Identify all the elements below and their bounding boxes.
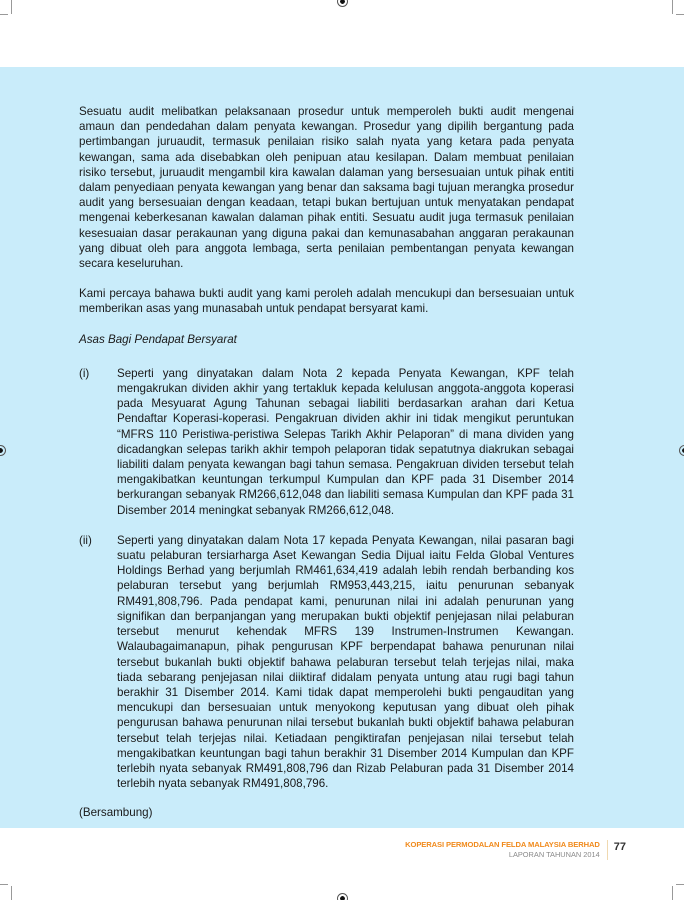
page-footer: KOPERASI PERMODALAN FELDA MALAYSIA BERHA… (405, 840, 626, 860)
organization-name: KOPERASI PERMODALAN FELDA MALAYSIA BERHA… (405, 840, 600, 850)
crop-mark (11, 0, 12, 14)
crop-mark (676, 884, 684, 885)
continued-label: (Bersambung) (79, 806, 152, 819)
crop-mark (676, 14, 684, 15)
paragraph-audit-procedures: Sesuatu audit melibatkan pelaksanaan pro… (79, 104, 574, 271)
list-item-label: (ii) (79, 533, 117, 791)
registration-mark-icon (337, 893, 348, 900)
report-title: LAPORAN TAHUNAN 2014 (405, 850, 600, 860)
registration-mark-icon (679, 445, 684, 456)
crop-mark (672, 0, 673, 14)
list-item-text: Seperti yang dinyatakan dalam Nota 17 ke… (117, 533, 574, 791)
list-item-text: Seperti yang dinyatakan dalam Nota 2 kep… (117, 366, 574, 518)
section-heading: Asas Bagi Pendapat Bersyarat (79, 332, 574, 347)
paragraph-audit-evidence: Kami percaya bahawa bukti audit yang kam… (79, 286, 574, 316)
document-body: Sesuatu audit melibatkan pelaksanaan pro… (79, 104, 574, 806)
list-item-label: (i) (79, 366, 117, 518)
crop-mark (11, 886, 12, 900)
list-item: (i) Seperti yang dinyatakan dalam Nota 2… (79, 366, 574, 518)
crop-mark (0, 14, 8, 15)
page-number: 77 (608, 840, 626, 854)
crop-mark (672, 886, 673, 900)
crop-mark (0, 884, 8, 885)
list-item: (ii) Seperti yang dinyatakan dalam Nota … (79, 533, 574, 791)
registration-mark-icon (337, 0, 348, 7)
